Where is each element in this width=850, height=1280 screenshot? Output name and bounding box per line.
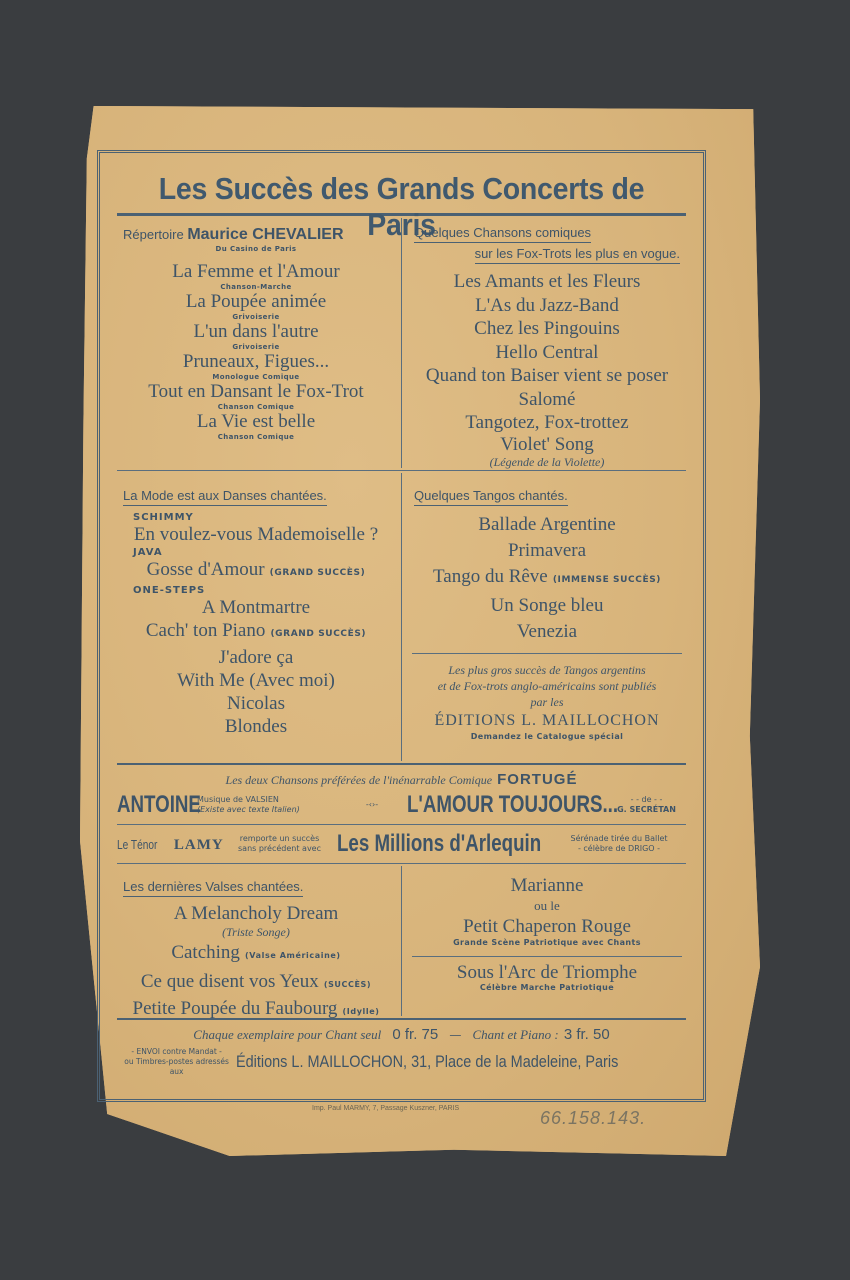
song-title: Ballade Argentine <box>408 512 686 538</box>
song-title: Primavera <box>408 538 686 564</box>
danses-header: La Mode est aux Danses chantées. <box>123 488 327 506</box>
song-title: L'un dans l'autre <box>117 322 395 342</box>
divider <box>117 824 686 825</box>
song-title-connector: ou le <box>408 896 686 916</box>
fortuge-songs: ANTOINE Musique de VALSIEN (Existe avec … <box>111 788 692 822</box>
song-title: Tango du Rêve <box>433 566 548 587</box>
artist-name: LAMY <box>174 837 224 853</box>
song-note: Sérénade tirée du Ballet <box>552 834 686 844</box>
song-title: Violet' Song <box>408 435 686 455</box>
header-prefix: Répertoire <box>123 227 184 242</box>
song-tag: (SUCCÈS) <box>324 980 371 989</box>
divider <box>117 763 686 765</box>
song-note: Célèbre Marche Patriotique <box>408 983 686 993</box>
chevalier-header: Répertoire Maurice CHEVALIER <box>117 226 395 244</box>
dash: — <box>449 1028 461 1042</box>
banner-lamy: Le Ténor LAMY remporte un succès sans pr… <box>111 827 692 861</box>
song-title: Chez les Pingouins <box>408 317 686 341</box>
divider <box>412 956 682 957</box>
divider <box>117 470 686 471</box>
song-note: - - de - - <box>607 795 686 805</box>
song-note: (Légende de la Violette) <box>408 455 686 470</box>
dance-category: JAVA <box>117 547 395 558</box>
song-title: Catching <box>171 942 240 963</box>
catalog-note: Demandez le Catalogue spécial <box>408 732 686 742</box>
song-title: La Poupée animée <box>117 292 395 312</box>
lamy-song-notes: Sérénade tirée du Ballet - célèbre de DR… <box>552 834 686 854</box>
song-with-tag: Tango du Rêve (IMMENSE SUCCÈS) <box>408 564 686 593</box>
note-text: sans précédent avec <box>222 844 337 854</box>
row-valses-patriotique: Les dernières Valses chantées. A Melanch… <box>111 866 692 1016</box>
section-valses: Les dernières Valses chantées. A Melanch… <box>111 866 402 1016</box>
row-danses-tangos: La Mode est aux Danses chantées. SCHIMMY… <box>111 473 692 761</box>
comiques-subheader: sur les Fox-Trots les plus en vogue. <box>475 246 680 264</box>
song-title: Pruneaux, Figues... <box>117 352 395 372</box>
song-title: La Vie est belle <box>117 412 395 432</box>
song-title: Marianne <box>408 876 686 896</box>
note-text: remporte un succès <box>222 834 337 844</box>
song-with-tag: Ce que disent vos Yeux (SUCCÈS) <box>117 969 395 998</box>
song-title: Ce que disent vos Yeux <box>141 971 319 992</box>
success-tag: (GRAND SUCCÈS) <box>270 629 366 639</box>
song-title: Tangotez, Fox-trottez <box>408 411 686 435</box>
success-tag: (GRAND SUCCÈS) <box>270 568 366 578</box>
lamy-prefix: Le Ténor <box>117 837 157 852</box>
song-title: Salomé <box>408 388 686 412</box>
song-title: Un Songe bleu <box>408 593 686 619</box>
song-note: Grande Scène Patriotique avec Chants <box>408 938 686 948</box>
section-danses: La Mode est aux Danses chantées. SCHIMMY… <box>111 473 402 761</box>
song-with-tag: Gosse d'Amour (GRAND SUCCÈS) <box>117 558 395 585</box>
song-title: Les Amants et les Fleurs <box>408 270 686 294</box>
song-list: La Femme et l'Amour Chanson-Marche La Po… <box>117 262 395 442</box>
song-note: (Triste Songe) <box>117 925 395 940</box>
page-title: Les Succès des Grands Concerts de Paris <box>134 171 669 211</box>
song-title: Quand ton Baiser vient se poser <box>408 364 686 388</box>
envoi-text: ou Timbres-postes adressés aux <box>117 1057 236 1077</box>
publisher-name: ÉDITIONS L. MAILLOCHON <box>408 710 686 732</box>
song-title: Cach' ton Piano <box>146 620 266 641</box>
song-note: Chanson Comique <box>117 432 395 442</box>
section-chevalier: Répertoire Maurice CHEVALIER Du Casino d… <box>111 218 402 468</box>
address-line: - ENVOI contre Mandat - ou Timbres-poste… <box>111 1045 692 1079</box>
song-title: Petite Poupée du Faubourg <box>133 998 338 1019</box>
promo-text: et de Fox-trots anglo-américains sont pu… <box>408 678 686 694</box>
song-with-tag: Cach' ton Piano (GRAND SUCCÈS) <box>117 619 395 646</box>
valses-header: Les dernières Valses chantées. <box>123 879 303 897</box>
lamy-notes: remporte un succès sans précédent avec <box>222 834 337 854</box>
song-title: Sous l'Arc de Triomphe <box>408 963 686 983</box>
song-title: En voulez-vous Mademoiselle ? <box>117 523 395 547</box>
song-title: La Femme et l'Amour <box>117 262 395 282</box>
price-line: Chaque exemplaire pour Chant seul 0 fr. … <box>111 1024 692 1043</box>
song-list: Ballade Argentine Primavera Tango du Rêv… <box>408 512 686 645</box>
success-tag: (IMMENSE SUCCÈS) <box>553 575 661 585</box>
artist-name: Maurice CHEVALIER <box>187 226 343 243</box>
envoi-text: - ENVOI contre Mandat - <box>117 1047 236 1057</box>
price-label: Chaque exemplaire pour Chant seul <box>193 1027 381 1042</box>
content-area: Les Succès des Grands Concerts de Paris … <box>111 161 692 1091</box>
inventory-number: 66.158.143. <box>540 1108 646 1129</box>
song-title: Tout en Dansant le Fox-Trot <box>117 382 395 402</box>
song-with-tag: Petite Poupée du Faubourg (Idylle) <box>117 998 395 1023</box>
banner-fortuge: Les deux Chansons préférées de l'inénarr… <box>111 769 692 788</box>
promo-text: par les <box>408 694 686 710</box>
fortuge-intro: Les deux Chansons préférées de l'inénarr… <box>226 773 493 787</box>
song-note: Musique de VALSIEN <box>197 795 337 805</box>
price-value: 0 fr. 75 <box>392 1026 438 1043</box>
ornament-separator: -‹›- <box>337 800 407 810</box>
publisher-address: Éditions L. MAILLOCHON, 31, Place de la … <box>236 1052 618 1072</box>
composer-name: G. SECRÉTAN <box>607 805 686 815</box>
price-value: 3 fr. 50 <box>564 1026 610 1043</box>
section-patriotique: Marianne ou le Petit Chaperon Rouge Gran… <box>402 866 692 1016</box>
envoi-note: - ENVOI contre Mandat - ou Timbres-poste… <box>117 1047 236 1077</box>
song-title: A Montmartre <box>117 596 395 619</box>
printer-credit: Imp. Paul MARMY, 7, Passage Kuszner, PAR… <box>312 1105 459 1112</box>
song-tag: (Idylle) <box>343 1007 380 1016</box>
tangos-header: Quelques Tangos chantés. <box>414 488 568 506</box>
song-b-notes: - - de - - G. SECRÉTAN <box>607 795 686 815</box>
song-title: Blondes <box>117 715 395 738</box>
price-label: Chant et Piano : <box>472 1027 558 1042</box>
song-title: L'As du Jazz-Band <box>408 294 686 318</box>
song-title: Petit Chaperon Rouge <box>408 916 686 938</box>
song-a-notes: Musique de VALSIEN (Existe avec texte It… <box>197 795 337 815</box>
song-title: Venezia <box>408 619 686 645</box>
song-with-tag: Catching (Valse Américaine) <box>117 940 395 969</box>
song-title: A Melancholy Dream <box>117 903 395 925</box>
divider <box>412 653 682 654</box>
divider <box>117 863 686 864</box>
artist-name: FORTUGÉ <box>497 771 577 788</box>
song-title: J'adore ça <box>117 646 395 669</box>
song-title: L'AMOUR TOUJOURS... <box>407 791 618 819</box>
song-note: - célèbre de DRIGO - <box>552 844 686 854</box>
song-title: With Me (Avec moi) <box>117 669 395 692</box>
song-title: Les Millions d'Arlequin <box>337 830 541 858</box>
row-chansons: Répertoire Maurice CHEVALIER Du Casino d… <box>111 218 692 468</box>
promo-text: Les plus gros succès de Tangos argentins <box>408 662 686 678</box>
song-note: (Existe avec texte Italien) <box>197 805 337 815</box>
song-title: Nicolas <box>117 692 395 715</box>
song-list: Les Amants et les Fleurs L'As du Jazz-Ba… <box>408 270 686 470</box>
section-tangos: Quelques Tangos chantés. Ballade Argenti… <box>402 473 692 761</box>
chevalier-subheader: Du Casino de Paris <box>117 244 395 254</box>
section-comiques: Quelques Chansons comiques sur les Fox-T… <box>402 218 692 468</box>
song-tag: (Valse Américaine) <box>245 951 341 960</box>
song-title: ANTOINE <box>117 791 201 819</box>
song-title: Gosse d'Amour <box>147 559 265 580</box>
song-title: Hello Central <box>408 341 686 365</box>
dance-category: ONE-STEPS <box>117 585 395 596</box>
comiques-header: Quelques Chansons comiques <box>414 225 591 243</box>
ornamental-border-frame: Les Succès des Grands Concerts de Paris … <box>97 150 706 1102</box>
dance-category: SCHIMMY <box>117 512 395 523</box>
